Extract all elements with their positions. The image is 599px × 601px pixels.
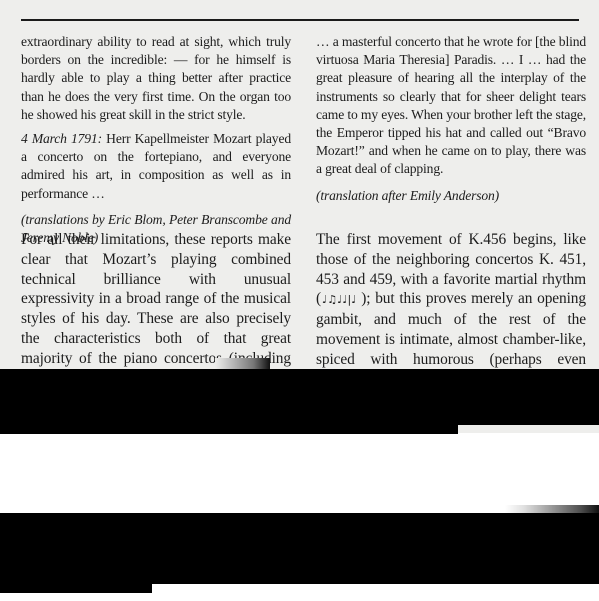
translation-credit: (translation after Emily Anderson) [316,187,586,205]
body-paragraph: The first movement of K.456 begins, like… [316,230,586,389]
entry-date: 4 March 1791: [21,131,102,146]
redaction-block [0,369,599,425]
top-rule-left [21,19,291,21]
blank-region [0,593,599,601]
quote-paragraph: … a masterful concerto that he wrote for… [316,33,586,179]
redaction-block [0,513,599,584]
right-quote-block: … a masterful concerto that he wrote for… [316,33,586,205]
scan-artifact-gradient [505,505,599,513]
right-body-text: The first movement of K.456 begins, like… [316,230,586,389]
dated-entry: 4 March 1791: Herr Kapellmeister Mozart … [21,130,291,203]
redaction-block [0,584,152,593]
redaction-block [0,425,458,434]
top-rule-right [291,19,579,21]
rhythm-notation: ♩♫♩♩|♩ [321,293,356,306]
quote-paragraph: extraordinary ability to read at sight, … [21,33,291,124]
scan-artifact-gradient [215,358,270,369]
blank-region [0,434,599,513]
left-quote-block: extraordinary ability to read at sight, … [21,33,291,247]
scanned-document-page: extraordinary ability to read at sight, … [0,0,599,601]
